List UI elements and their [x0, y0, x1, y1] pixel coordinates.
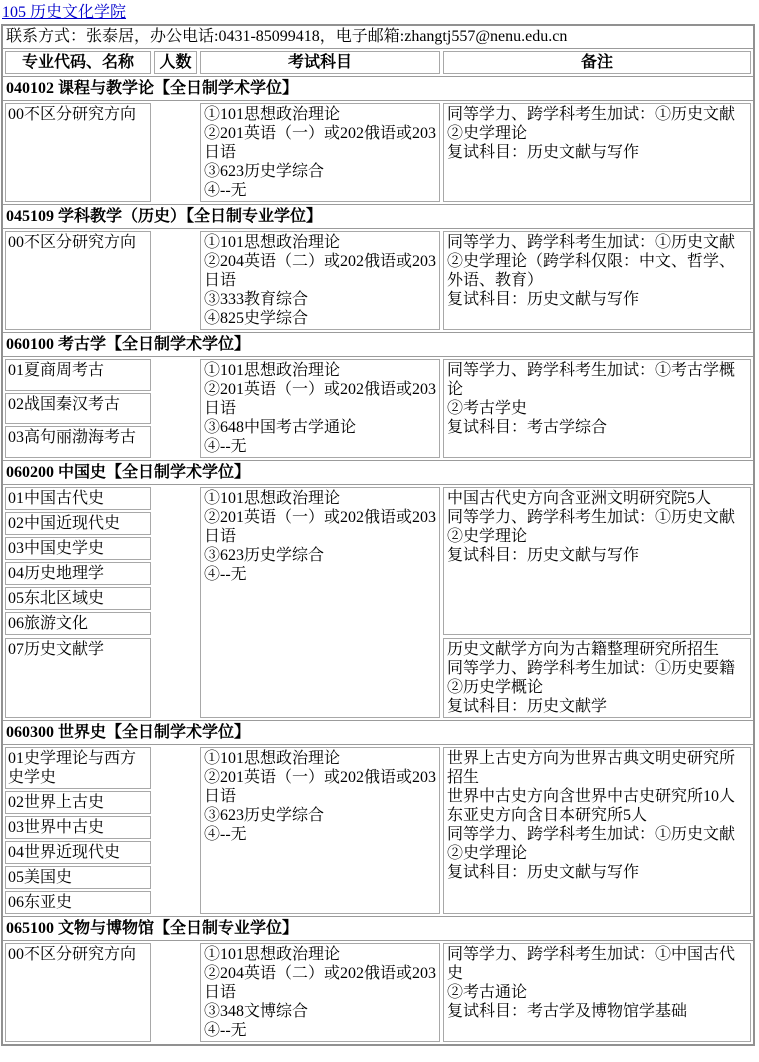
directions-column: 00不区分研究方向: [5, 103, 151, 202]
exam-subjects-cell: ①101思想政治理论 ②204英语（二）或202俄语或203日语 ③333教育综…: [200, 231, 440, 330]
exam-subject-line: ①101思想政治理论: [204, 749, 436, 768]
notes-line: 同等学力、跨学科考生加试：①考古学概论: [447, 361, 747, 399]
notes-line: ②史学理论（跨学科仅限：中文、哲学、外语、教育）: [447, 252, 747, 290]
exam-subject-line: ②201英语（一）或202俄语或203日语: [204, 380, 436, 418]
notes-line: 复试科目：考古学及博物馆学基础: [447, 1002, 747, 1021]
exam-subject-line: ④--无: [204, 181, 436, 200]
notes-line: ②史学理论: [447, 844, 747, 863]
directions-column: 00不区分研究方向: [5, 943, 151, 1042]
direction-cell: 04世界近现代史: [5, 841, 151, 864]
exam-subject-line: ②201英语（一）或202俄语或203日语: [204, 124, 436, 162]
column-header-notes: 备注: [443, 51, 751, 74]
exam-subject-line: ②204英语（二）或202俄语或203日语: [204, 252, 436, 290]
admissions-table: 联系方式：张泰居，办公电话:0431-85099418，电子邮箱:zhangtj…: [1, 24, 755, 1046]
direction-cell: 02中国近现代史: [5, 512, 151, 535]
section-title: 045109 学科教学（历史）【全日制专业学位】: [3, 205, 753, 229]
notes-line: 世界上古史方向为世界古典文明史研究所招生: [447, 749, 747, 787]
direction-cell: 03世界中古史: [5, 816, 151, 839]
exam-subject-line: ④--无: [204, 1021, 436, 1040]
notes-line: 东亚史方向含日本研究所5人: [447, 806, 747, 825]
notes-cell: 世界上古史方向为世界古典文明史研究所招生 世界中古史方向含世界中古史研究所10人…: [443, 747, 751, 914]
direction-cell: 01夏商周考古: [5, 359, 151, 391]
exam-subject-line: ①101思想政治理论: [204, 489, 436, 508]
section-body: 01史学理论与西方史学史 02世界上古史 03世界中古史 04世界近现代史 05…: [3, 745, 753, 917]
exam-subject-line: ④825史学综合: [204, 309, 436, 328]
exam-subject-line: ③348文博综合: [204, 1002, 436, 1021]
directions-column: 00不区分研究方向: [5, 231, 151, 330]
direction-cell: 01史学理论与西方史学史: [5, 747, 151, 789]
direction-cell: 03高句丽渤海考古: [5, 426, 151, 458]
section-body: 00不区分研究方向 ①101思想政治理论 ②201英语（一）或202俄语或203…: [3, 101, 753, 205]
exam-subjects-cell: ①101思想政治理论 ②201英语（一）或202俄语或203日语 ③648中国考…: [200, 359, 440, 458]
notes-line: 同等学力、跨学科考生加试：①历史文献: [447, 105, 747, 124]
column-header-exam: 考试科目: [200, 51, 440, 74]
notes-cell: 历史文献学方向为古籍整理研究所招生 同等学力、跨学科考生加试：①历史要籍 ②历史…: [443, 638, 751, 718]
exam-subject-line: ④--无: [204, 825, 436, 844]
contact-info: 联系方式：张泰居，办公电话:0431-85099418，电子邮箱:zhangtj…: [3, 26, 753, 49]
exam-subject-line: ②204英语（二）或202俄语或203日语: [204, 964, 436, 1002]
page: 105 历史文化学院 联系方式：张泰居，办公电话:0431-85099418，电…: [0, 0, 759, 1062]
notes-line: 世界中古史方向含世界中古史研究所10人: [447, 787, 747, 806]
notes-line: ②史学理论: [447, 124, 747, 143]
notes-line: 复试科目：历史文献学: [447, 697, 747, 716]
directions-column: 01夏商周考古 02战国秦汉考古 03高句丽渤海考古: [5, 359, 151, 458]
quota-cell: [154, 103, 197, 202]
college-link[interactable]: 105 历史文化学院: [2, 4, 126, 21]
section-body: 00不区分研究方向 ①101思想政治理论 ②204英语（二）或202俄语或203…: [3, 941, 753, 1044]
exam-subjects-cell: ①101思想政治理论 ②201英语（一）或202俄语或203日语 ③623历史学…: [200, 487, 440, 718]
direction-cell: 00不区分研究方向: [5, 231, 151, 330]
exam-subject-line: ①101思想政治理论: [204, 361, 436, 380]
section-title: 065100 文物与博物馆【全日制专业学位】: [3, 917, 753, 941]
notes-line: ②考古学史: [447, 399, 747, 418]
section-title: 060300 世界史【全日制学术学位】: [3, 721, 753, 745]
direction-cell: 01中国古代史: [5, 487, 151, 510]
quota-cell: [154, 943, 197, 1042]
notes-line: 复试科目：考古学综合: [447, 418, 747, 437]
direction-cell: 00不区分研究方向: [5, 103, 151, 202]
notes-cell: 同等学力、跨学科考生加试：①中国古代史 ②考古通论 复试科目：考古学及博物馆学基…: [443, 943, 751, 1042]
section-title: 060100 考古学【全日制学术学位】: [3, 333, 753, 357]
direction-cell: 04历史地理学: [5, 562, 151, 585]
directions-column: 01中国古代史 02中国近现代史 03中国史学史 04历史地理学 05东北区域史…: [5, 487, 151, 635]
notes-cell: 同等学力、跨学科考生加试：①考古学概论 ②考古学史 复试科目：考古学综合: [443, 359, 751, 458]
notes-line: 历史文献学方向为古籍整理研究所招生: [447, 640, 747, 659]
direction-cell: 06旅游文化: [5, 612, 151, 635]
exam-subjects-cell: ①101思想政治理论 ②204英语（二）或202俄语或203日语 ③348文博综…: [200, 943, 440, 1042]
exam-subject-line: ③648中国考古学通论: [204, 418, 436, 437]
exam-subject-line: ①101思想政治理论: [204, 105, 436, 124]
quota-cell: [154, 231, 197, 330]
section-title: 060200 中国史【全日制学术学位】: [3, 461, 753, 485]
notes-line: 复试科目：历史文献与写作: [447, 143, 747, 162]
section-title: 040102 课程与教学论【全日制学术学位】: [3, 77, 753, 101]
exam-subject-line: ③623历史学综合: [204, 806, 436, 825]
exam-subject-line: ②201英语（一）或202俄语或203日语: [204, 768, 436, 806]
notes-cell: 同等学力、跨学科考生加试：①历史文献 ②史学理论（跨学科仅限：中文、哲学、外语、…: [443, 231, 751, 330]
exam-subjects-cell: ①101思想政治理论 ②201英语（一）或202俄语或203日语 ③623历史学…: [200, 103, 440, 202]
exam-subject-line: ①101思想政治理论: [204, 233, 436, 252]
exam-subject-line: ①101思想政治理论: [204, 945, 436, 964]
section-body: 01中国古代史 02中国近现代史 03中国史学史 04历史地理学 05东北区域史…: [3, 485, 753, 721]
notes-line: ②历史学概论: [447, 678, 747, 697]
direction-cell: 02战国秦汉考古: [5, 393, 151, 425]
notes-line: 复试科目：历史文献与写作: [447, 863, 747, 882]
notes-line: 中国古代史方向含亚洲文明研究院5人: [447, 489, 747, 508]
notes-line: 同等学力、跨学科考生加试：①历史要籍: [447, 659, 747, 678]
direction-cell: 03中国史学史: [5, 537, 151, 560]
direction-cell: 00不区分研究方向: [5, 943, 151, 1042]
direction-cell: 05东北区域史: [5, 587, 151, 610]
exam-subject-line: ④--无: [204, 437, 436, 456]
direction-cell: 06东亚史: [5, 891, 151, 914]
notes-line: ②史学理论: [447, 527, 747, 546]
notes-line: 同等学力、跨学科考生加试：①历史文献: [447, 825, 747, 844]
notes-cell: 中国古代史方向含亚洲文明研究院5人 同等学力、跨学科考生加试：①历史文献 ②史学…: [443, 487, 751, 635]
table-header-row: 专业代码、名称 人数 考试科目 备注: [3, 49, 753, 77]
direction-cell: 05美国史: [5, 866, 151, 889]
notes-line: 复试科目：历史文献与写作: [447, 290, 747, 309]
notes-line: ②考古通论: [447, 983, 747, 1002]
exam-subject-line: ③623历史学综合: [204, 546, 436, 565]
quota-cell: [154, 359, 197, 458]
notes-line: 同等学力、跨学科考生加试：①历史文献: [447, 233, 747, 252]
exam-subject-line: ②201英语（一）或202俄语或203日语: [204, 508, 436, 546]
notes-line: 同等学力、跨学科考生加试：①中国古代史: [447, 945, 747, 983]
quota-cell: [154, 747, 197, 914]
direction-cell: 07历史文献学: [5, 638, 151, 718]
directions-column: 01史学理论与西方史学史 02世界上古史 03世界中古史 04世界近现代史 05…: [5, 747, 151, 914]
direction-cell: 02世界上古史: [5, 791, 151, 814]
column-header-major: 专业代码、名称: [5, 51, 151, 74]
column-header-quota: 人数: [154, 51, 197, 74]
section-body: 01夏商周考古 02战国秦汉考古 03高句丽渤海考古 ①101思想政治理论 ②2…: [3, 357, 753, 461]
exam-subject-line: ③333教育综合: [204, 290, 436, 309]
exam-subjects-cell: ①101思想政治理论 ②201英语（一）或202俄语或203日语 ③623历史学…: [200, 747, 440, 914]
notes-cell: 同等学力、跨学科考生加试：①历史文献 ②史学理论 复试科目：历史文献与写作: [443, 103, 751, 202]
exam-subject-line: ④--无: [204, 565, 436, 584]
notes-line: 复试科目：历史文献与写作: [447, 546, 747, 565]
exam-subject-line: ③623历史学综合: [204, 162, 436, 181]
section-body: 00不区分研究方向 ①101思想政治理论 ②204英语（二）或202俄语或203…: [3, 229, 753, 333]
quota-cell: [154, 487, 197, 635]
college-link-row: 105 历史文化学院: [1, 2, 757, 24]
notes-line: 同等学力、跨学科考生加试：①历史文献: [447, 508, 747, 527]
